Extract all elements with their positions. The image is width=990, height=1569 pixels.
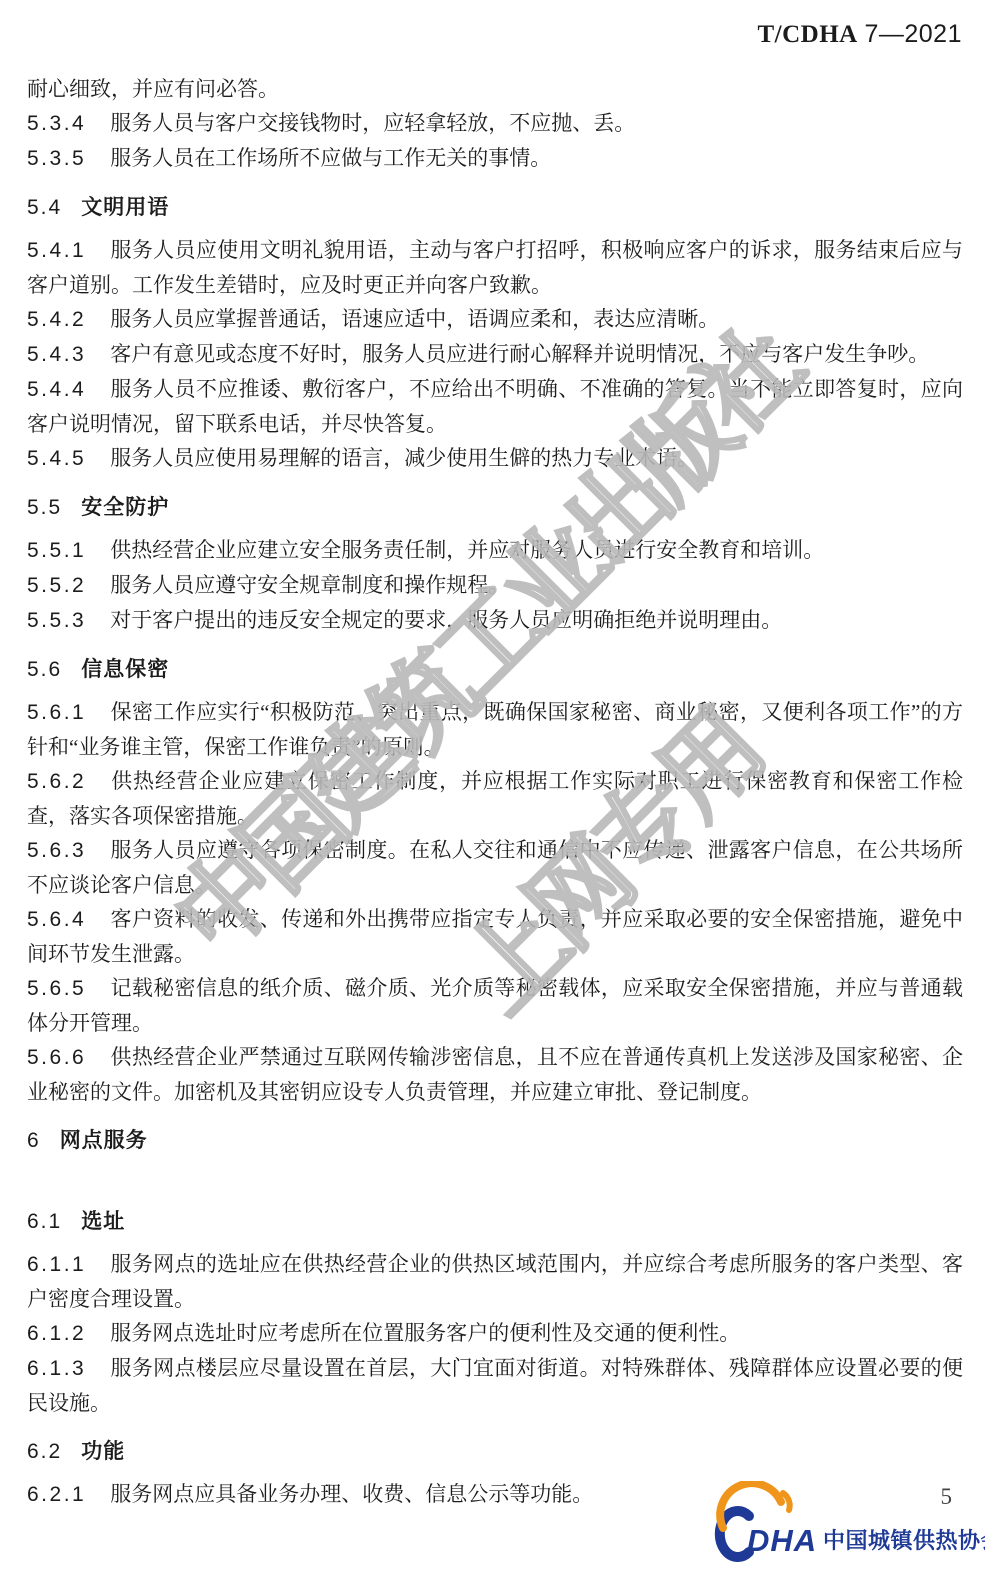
heading-text: 安全防护 — [81, 496, 169, 519]
heading-text: 信息保密 — [81, 658, 169, 681]
clause-number: 5.6.3 — [27, 839, 86, 862]
clause-5.4.2: 5.4.2服务人员应掌握普通话，语速应适中，语调应柔和，表达应清晰。 — [27, 302, 963, 337]
clause-text: 服务人员不应推诿、敷衍客户，不应给出不明确、不准确的答复。当不能立即答复时，应向… — [27, 377, 963, 436]
clause-text: 服务网点选址时应考虑所在位置服务客户的便利性及交通的便利性。 — [110, 1321, 740, 1345]
clause-text: 记载秘密信息的纸介质、磁介质、光介质等秘密载体，应采取安全保密措施，并应与普通载… — [27, 976, 963, 1035]
clause-5.6.5: 5.6.5记载秘密信息的纸介质、磁介质、光介质等秘密载体，应采取安全保密措施，并… — [27, 971, 963, 1040]
clause-number: 5.4.3 — [27, 343, 86, 366]
heading-text: 网点服务 — [60, 1129, 148, 1152]
clause-6.1.3: 6.1.3服务网点楼层应尽量设置在首层，大门宜面对街道。对特殊群体、残障群体应设… — [27, 1351, 963, 1420]
orange-arc-icon — [720, 1483, 789, 1528]
clause-number: 6 — [27, 1129, 41, 1152]
heading-text: 选址 — [81, 1210, 125, 1233]
clause-number: 5.6 — [27, 658, 62, 681]
clause-number: 5.4.4 — [27, 378, 86, 401]
clause-text: 对于客户提出的违反安全规定的要求，服务人员应明确拒绝并说明理由。 — [110, 608, 782, 632]
document-page: T/CDHA 7—2021 耐心细致，并应有问必答。5.3.4服务人员与客户交接… — [0, 0, 990, 1569]
clause-text: 客户有意见或态度不好时，服务人员应进行耐心解释并说明情况，不应与客户发生争吵。 — [110, 342, 929, 366]
clause-text: 服务人员应使用文明礼貌用语，主动与客户打招呼，积极响应客户的诉求，服务结束后应与… — [27, 238, 963, 297]
clause-text: 服务网点楼层应尽量设置在首层，大门宜面对街道。对特殊群体、残障群体应设置必要的便… — [27, 1356, 963, 1415]
section-heading-5.4: 5.4文明用语 — [27, 190, 963, 225]
clause-5.4.5: 5.4.5服务人员应使用易理解的语言，减少使用生僻的热力专业术语。 — [27, 441, 963, 476]
section-heading-5.5: 5.5安全防护 — [27, 490, 963, 525]
clause-5.6.1: 5.6.1保密工作应实行“积极防范、突出重点，既确保国家秘密、商业秘密，又便利各… — [27, 695, 963, 764]
section-heading-6.1: 6.1选址 — [27, 1204, 963, 1239]
clause-number: 5.4.5 — [27, 447, 86, 470]
clause-5.3.5: 5.3.5服务人员在工作场所不应做与工作无关的事情。 — [27, 141, 963, 176]
standard-code-header: T/CDHA 7—2021 — [757, 20, 962, 49]
clause-6.1.1: 6.1.1服务网点的选址应在供热经营企业的供热区域范围内，并应综合考虑所服务的客… — [27, 1247, 963, 1316]
clause-5.5.2: 5.5.2服务人员应遵守安全规章制度和操作规程。 — [27, 568, 963, 603]
clause-number: 6.1.1 — [27, 1253, 86, 1276]
clause-number: 5.5.3 — [27, 609, 86, 632]
clause-5.6.2: 5.6.2供热经营企业应建立保密工作制度，并应根据工作实际对职工进行保密教育和保… — [27, 764, 963, 833]
clause-text: 服务网点应具备业务办理、收费、信息公示等功能。 — [110, 1482, 593, 1506]
clause-5.6.3: 5.6.3服务人员应遵守各项保密制度。在私人交往和通信中不应传递、泄露客户信息，… — [27, 833, 963, 902]
clause-number: 5.4 — [27, 196, 62, 219]
clause-5.4.3: 5.4.3客户有意见或态度不好时，服务人员应进行耐心解释并说明情况，不应与客户发… — [27, 337, 963, 372]
standard-code-prefix: T/CDHA — [757, 21, 857, 48]
clause-number: 5.6.4 — [27, 908, 86, 931]
clause-5.4.1: 5.4.1服务人员应使用文明礼貌用语，主动与客户打招呼，积极响应客户的诉求，服务… — [27, 233, 963, 302]
logo-org-name-text: 中国城镇供热协会 — [823, 1528, 985, 1553]
clause-5.3.4: 5.3.4服务人员与客户交接钱物时，应轻拿轻放，不应抛、丢。 — [27, 106, 963, 141]
clause-text: 供热经营企业严禁通过互联网传输涉密信息，且不应在普通传真机上发送涉及国家秘密、企… — [27, 1045, 963, 1104]
clause-number: 6.2 — [27, 1440, 62, 1463]
document-body: 耐心细致，并应有问必答。5.3.4服务人员与客户交接钱物时，应轻拿轻放，不应抛、… — [27, 72, 963, 1512]
clause-text: 保密工作应实行“积极防范、突出重点，既确保国家秘密、商业秘密，又便利各项工作”的… — [27, 700, 963, 759]
clause-number: 5.6.1 — [27, 701, 86, 724]
clause-5.6.4: 5.6.4客户资料的收发、传递和外出携带应指定专人负责，并应采取必要的安全保密措… — [27, 902, 963, 971]
clause-number: 6.1.2 — [27, 1322, 86, 1345]
clause-5.4.4: 5.4.4服务人员不应推诿、敷衍客户，不应给出不明确、不准确的答复。当不能立即答… — [27, 372, 963, 441]
standard-code-number: 7—2021 — [864, 20, 962, 48]
clause-number: 5.6.6 — [27, 1046, 86, 1069]
clause-text: 服务人员应遵守各项保密制度。在私人交往和通信中不应传递、泄露客户信息，在公共场所… — [27, 838, 963, 897]
clause-number: 5.4.1 — [27, 239, 86, 262]
clause-text: 供热经营企业应建立保密工作制度，并应根据工作实际对职工进行保密教育和保密工作检查… — [27, 769, 963, 828]
clause-text: 服务人员应遵守安全规章制度和操作规程。 — [110, 573, 509, 597]
clause-number: 5.6.5 — [27, 977, 86, 1000]
clause-5.6.6: 5.6.6供热经营企业严禁通过互联网传输涉密信息，且不应在普通传真机上发送涉及国… — [27, 1040, 963, 1109]
logo-acronym-text: DHA — [747, 1523, 817, 1558]
clause-text: 服务人员应使用易理解的语言，减少使用生僻的热力专业术语。 — [110, 446, 698, 470]
clause-text: 服务网点的选址应在供热经营企业的供热区域范围内，并应综合考虑所服务的客户类型、客… — [27, 1252, 963, 1311]
section-heading-6: 6网点服务 — [27, 1123, 963, 1158]
clause-number: 5.5.2 — [27, 574, 86, 597]
clause-number: 5.6.2 — [27, 770, 86, 793]
paragraph-continuation: 耐心细致，并应有问必答。 — [27, 72, 963, 106]
clause-number: 5.3.5 — [27, 147, 86, 170]
clause-5.5.1: 5.5.1供热经营企业应建立安全服务责任制，并应对服务人员进行安全教育和培训。 — [27, 533, 963, 568]
clause-number: 5.3.4 — [27, 112, 86, 135]
clause-text: 服务人员在工作场所不应做与工作无关的事情。 — [110, 146, 551, 170]
clause-text: 服务人员应掌握普通话，语速应适中，语调应柔和，表达应清晰。 — [110, 307, 719, 331]
clause-text: 服务人员与客户交接钱物时，应轻拿轻放，不应抛、丢。 — [110, 111, 635, 135]
clause-text: 客户资料的收发、传递和外出携带应指定专人负责，并应采取必要的安全保密措施，避免中… — [27, 907, 963, 966]
clause-number: 6.1 — [27, 1210, 62, 1233]
clause-6.1.2: 6.1.2服务网点选址时应考虑所在位置服务客户的便利性及交通的便利性。 — [27, 1316, 963, 1351]
clause-number: 6.1.3 — [27, 1357, 86, 1380]
clause-text: 耐心细致，并应有问必答。 — [27, 77, 279, 101]
heading-text: 功能 — [81, 1440, 125, 1463]
section-heading-6.2: 6.2功能 — [27, 1434, 963, 1469]
clause-5.5.3: 5.5.3对于客户提出的违反安全规定的要求，服务人员应明确拒绝并说明理由。 — [27, 603, 963, 638]
clause-number: 5.5 — [27, 496, 62, 519]
cdha-association-logo: DHA 中国城镇供热协会 — [713, 1481, 985, 1565]
heading-text: 文明用语 — [81, 196, 169, 219]
clause-number: 6.2.1 — [27, 1483, 86, 1506]
clause-number: 5.5.1 — [27, 539, 86, 562]
clause-text: 供热经营企业应建立安全服务责任制，并应对服务人员进行安全教育和培训。 — [110, 538, 824, 562]
section-heading-5.6: 5.6信息保密 — [27, 652, 963, 687]
clause-number: 5.4.2 — [27, 308, 86, 331]
